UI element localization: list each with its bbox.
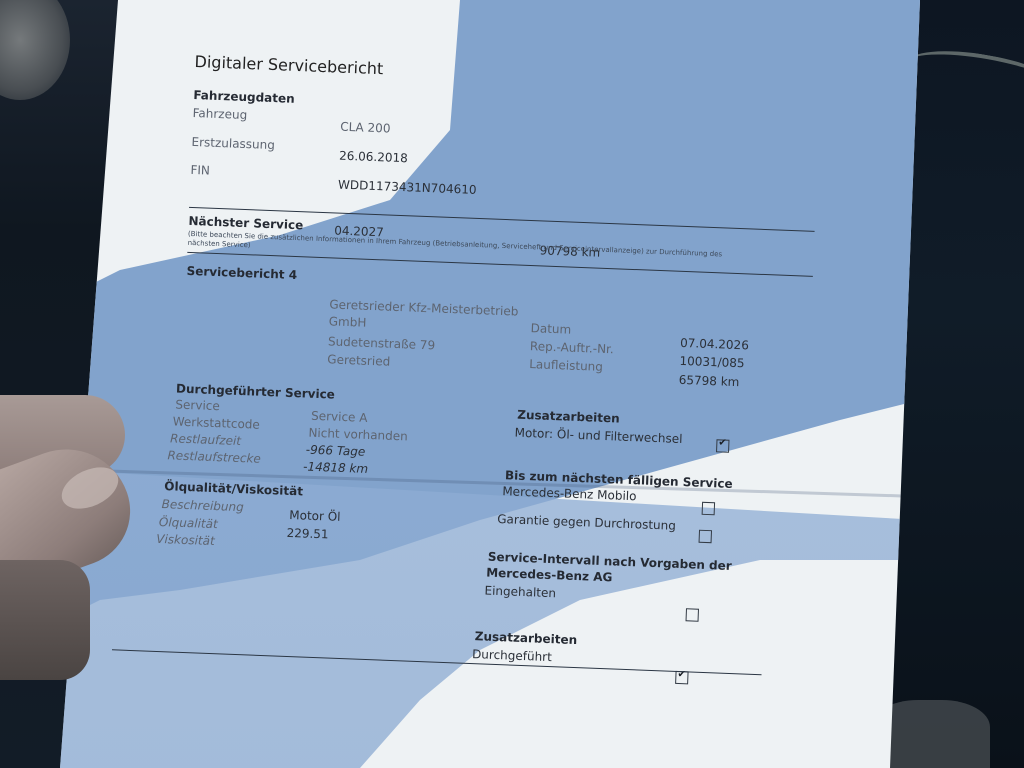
oil-heading: Ölqualität/Viskosität (164, 479, 303, 498)
date-value: 07.04.2026 (680, 336, 749, 353)
rust-warranty-label: Garantie gegen Durchrostung (497, 512, 676, 533)
mileage-value: 65798 km (679, 373, 740, 389)
workshop-code-label: Werkstattcode (173, 414, 261, 431)
service-value: Service A (311, 409, 368, 425)
vehicle-label: Fahrzeug (192, 106, 247, 122)
mileage-label: Laufleistung (529, 357, 603, 374)
workshop-street: Sudetenstraße 79 (328, 334, 436, 352)
first-registration-value: 26.06.2018 (339, 149, 408, 166)
oil-filter-change-checkbox[interactable] (716, 439, 729, 452)
order-number-label: Rep.-Auftr.-Nr. (530, 339, 614, 356)
mobilo-label: Mercedes-Benz Mobilo (502, 484, 637, 503)
report-heading: Servicebericht 4 (186, 264, 297, 282)
service-label: Service (175, 398, 220, 414)
oil-description-value: Motor Öl (289, 508, 341, 524)
interval-item: Eingehalten (484, 584, 556, 601)
vehicle-value: CLA 200 (340, 120, 391, 136)
order-number-value: 10031/085 (679, 354, 745, 370)
next-service-heading: Nächster Service (188, 214, 303, 232)
oil-quality-label: Ölqualität (159, 515, 218, 531)
bottom-divider (112, 649, 762, 675)
first-registration-label: Erstzulassung (191, 135, 275, 152)
workshop-code-value: Nicht vorhanden (308, 426, 408, 444)
remaining-distance-value: -14818 km (303, 459, 368, 475)
extra-work-done-heading: Zusatzarbeiten (475, 629, 578, 647)
hand-lower (0, 560, 90, 680)
vin-value: WDD1173431N704610 (338, 178, 477, 197)
oil-quality-value: 229.51 (286, 526, 329, 542)
extra-work-done-item: Durchgeführt (472, 647, 552, 664)
rust-warranty-checkbox[interactable] (699, 530, 712, 543)
workshop-name-suffix: GmbH (328, 314, 366, 329)
extra-work-done-checkbox[interactable] (675, 671, 688, 684)
mobilo-checkbox[interactable] (702, 502, 715, 515)
extra-work-item: Motor: Öl- und Filterwechsel (514, 426, 682, 446)
remaining-time-label: Restlaufzeit (170, 431, 241, 448)
vehicle-heading: Fahrzeugdaten (193, 88, 295, 106)
viscosity-label: Viskosität (156, 532, 215, 548)
date-label: Datum (530, 321, 571, 337)
remaining-time-value: -966 Tage (306, 443, 366, 459)
document-content: Digitaler Servicebericht Fahrzeugdaten F… (168, 52, 824, 768)
interval-kept-checkbox[interactable] (686, 608, 699, 621)
interval-heading-line2: Mercedes-Benz AG (486, 566, 613, 585)
remaining-distance-label: Restlaufstrecke (167, 448, 261, 466)
workshop-city: Geretsried (327, 352, 390, 368)
vin-label: FIN (190, 163, 210, 178)
extra-work-heading: Zusatzarbeiten (517, 408, 620, 426)
